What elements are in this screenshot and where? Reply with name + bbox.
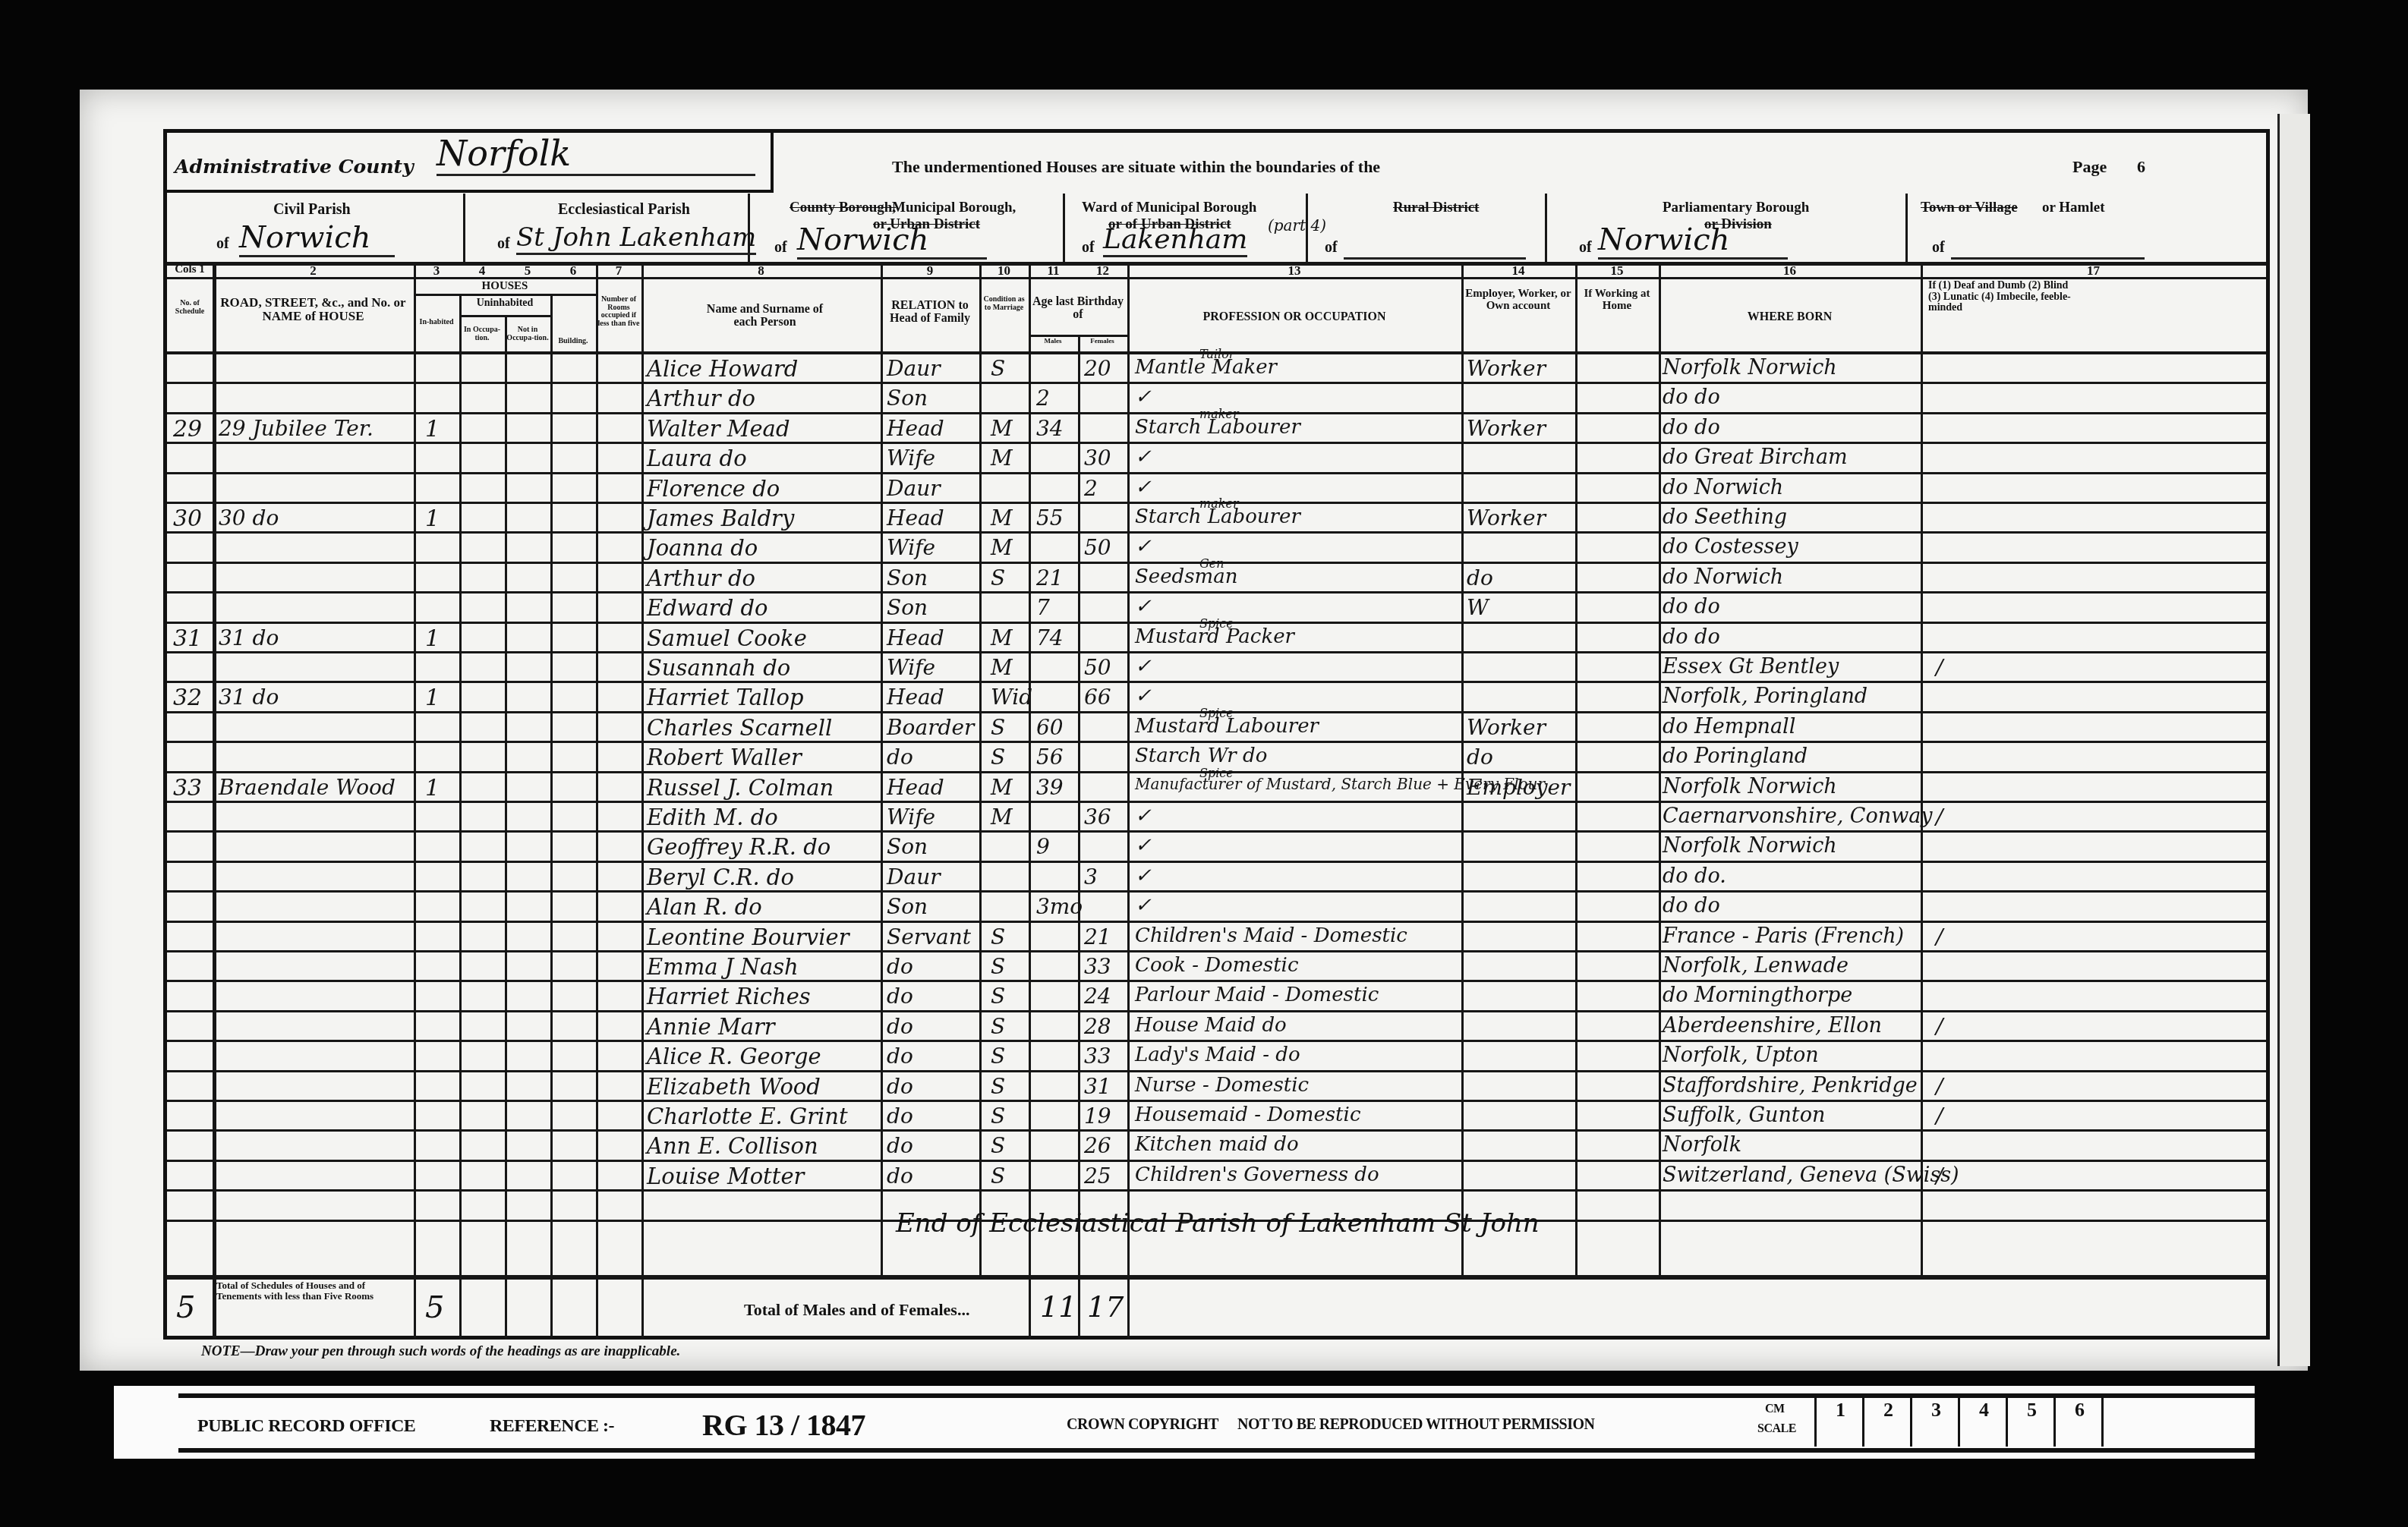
relation-to-head: Wife <box>887 655 935 680</box>
occupation: ✓ <box>1135 685 1152 707</box>
female-age: 30 <box>1084 446 1111 471</box>
female-age: 66 <box>1084 685 1111 710</box>
ecclesiastical-parish-prefix: of <box>497 235 510 253</box>
census-row: Emma J NashdoS33Cook - DomesticNorfolk, … <box>167 952 2266 982</box>
birthplace: Norfolk Norwich <box>1663 775 1837 798</box>
col-num-4: 4 <box>459 263 505 279</box>
census-row: Alice R. GeorgedoS33Lady's Maid - doNorf… <box>167 1042 2266 1072</box>
heading-houses: HOUSES <box>414 281 596 293</box>
female-age: 33 <box>1084 954 1111 979</box>
person-name: Charles Scarnell <box>647 715 832 741</box>
scale-mark: 5 <box>2006 1395 2056 1447</box>
marital-condition: S <box>991 1074 1005 1099</box>
relation-to-head: Wife <box>887 535 935 560</box>
rural-district-label: Rural District <box>1393 200 1479 216</box>
heading-males: Males <box>1030 338 1076 345</box>
marital-condition: M <box>991 446 1013 471</box>
ecclesiastical-parish-label: Ecclesiastical Parish <box>558 201 690 219</box>
male-age: 2 <box>1036 386 1050 411</box>
relation-to-head: do <box>887 1074 913 1099</box>
municipal-borough-label: Municipal Borough, <box>892 200 1016 216</box>
person-name: Arthur do <box>647 386 755 411</box>
census-row: Arthur doSonS21SeedsmanGendodo Norwich <box>167 564 2266 593</box>
marital-condition: S <box>991 984 1005 1009</box>
heading-building: Building. <box>552 338 594 346</box>
municipal-borough-prefix: of <box>774 239 787 257</box>
schedule-number: 29 <box>173 416 202 442</box>
scale-mark: 4 <box>1958 1395 2008 1447</box>
person-name: Susannah do <box>647 655 790 681</box>
marital-condition: S <box>991 954 1005 979</box>
male-age: 56 <box>1036 745 1064 770</box>
occupation-annotation: Spice <box>1199 616 1234 631</box>
birthplace: Switzerland, Geneva (Swiss) <box>1663 1163 1959 1187</box>
relation-to-head: Daur <box>887 476 941 501</box>
female-age: 50 <box>1084 535 1111 560</box>
infirmity-mark: / <box>1936 1163 1943 1189</box>
inhabited-count: 1 <box>425 625 440 652</box>
marital-condition: M <box>991 804 1013 830</box>
occupation-annotation: maker <box>1199 496 1239 511</box>
col-num-8: 8 <box>641 263 881 279</box>
infirmity-mark: / <box>1936 1074 1943 1099</box>
schedule-number: 33 <box>173 775 202 801</box>
col-num-14: 14 <box>1461 263 1575 279</box>
birthplace: Aberdeenshire, Ellon <box>1663 1014 1882 1037</box>
person-name: Elizabeth Wood <box>647 1074 821 1100</box>
inhabited-count: 1 <box>425 775 440 801</box>
heading-address: ROAD, STREET, &c., and No. or NAME of HO… <box>216 296 410 323</box>
relation-to-head: Servant <box>887 924 971 949</box>
civil-parish-label: Civil Parish <box>273 201 351 219</box>
person-name: Alice R. George <box>647 1044 821 1069</box>
scale-mark: 1 <box>1814 1395 1864 1447</box>
female-age: 3 <box>1084 864 1098 889</box>
houses-total: 5 <box>425 1290 444 1325</box>
inhabited-count: 1 <box>425 505 440 532</box>
relation-to-head: Wife <box>887 804 935 830</box>
birthplace: Essex Gt Bentley <box>1663 655 1839 678</box>
birthplace: do Seething <box>1663 505 1787 529</box>
birthplace: do do <box>1663 595 1720 619</box>
reference-label: REFERENCE :- <box>490 1416 614 1437</box>
relation-to-head: Son <box>887 894 928 919</box>
relation-to-head: Head <box>887 505 944 531</box>
female-age: 36 <box>1084 804 1111 830</box>
scale-mark: 6 <box>2053 1395 2104 1447</box>
relation-to-head: Head <box>887 685 944 710</box>
col-num-9: 9 <box>881 263 979 279</box>
persons-total-label: Total of Males and of Females... <box>744 1300 969 1320</box>
marital-condition: S <box>991 565 1005 590</box>
relation-to-head: do <box>887 1133 913 1158</box>
infirmity-mark: / <box>1936 1014 1943 1039</box>
birthplace: Norfolk, Upton <box>1663 1044 1819 1067</box>
employment-status: do <box>1467 565 1493 590</box>
female-age: 20 <box>1084 356 1111 381</box>
marital-condition: Wid <box>991 685 1032 710</box>
scale-mark: 3 <box>1910 1395 1960 1447</box>
house-address: 29 Jubilee Ter. <box>219 416 373 441</box>
relation-to-head: Son <box>887 565 928 590</box>
copyright-text: CROWN COPYRIGHT <box>1067 1416 1218 1434</box>
marital-condition: S <box>991 1104 1005 1129</box>
parliamentary-borough-label: Parliamentary Borough <box>1663 200 1809 216</box>
male-age: 34 <box>1036 416 1064 441</box>
end-of-parish-note: End of Ecclesiastical Parish of Lakenham… <box>896 1208 1540 1239</box>
male-age: 7 <box>1036 595 1050 620</box>
occupation: ✓ <box>1135 446 1152 468</box>
census-row: Susannah doWifeM50✓Essex Gt Bentley/ <box>167 653 2266 683</box>
hamlet-label: or Hamlet <box>2042 200 2105 216</box>
person-name: Leontine Bourvier <box>647 924 849 950</box>
birthplace: do do <box>1663 416 1720 439</box>
schedules-total-label: Total of Schedules of Houses and of Tene… <box>216 1280 406 1301</box>
person-name: Charlotte E. Grint <box>647 1104 848 1129</box>
person-name: Russel J. Colman <box>647 775 834 801</box>
marital-condition: M <box>991 416 1013 441</box>
marital-condition: S <box>991 924 1005 949</box>
female-age: 21 <box>1084 924 1111 949</box>
relation-to-head: do <box>887 1014 913 1039</box>
male-age: 74 <box>1036 625 1064 650</box>
marital-condition: S <box>991 1044 1005 1069</box>
occupation: ✓ <box>1135 655 1152 678</box>
occupation-annotation: Spice <box>1199 706 1234 720</box>
birthplace: Norfolk, Lenwade <box>1663 954 1849 978</box>
schedule-number: 31 <box>173 625 202 652</box>
birthplace: Caernarvonshire, Conway <box>1663 804 1933 828</box>
birthplace: Suffolk, Gunton <box>1663 1104 1825 1127</box>
heading-name: Name and Surname of each Person <box>698 304 831 329</box>
town-village-label: Town or Village <box>1921 200 2018 216</box>
civil-parish-value: Norwich <box>239 220 395 257</box>
male-age: 9 <box>1036 834 1050 859</box>
female-age: 19 <box>1084 1104 1111 1129</box>
birthplace: Norfolk Norwich <box>1663 834 1837 858</box>
person-name: Emma J Nash <box>647 954 799 980</box>
person-name: Louise Motter <box>647 1163 804 1189</box>
heading-where-born: WHERE BORN <box>1659 311 1921 324</box>
heading-inhabited: In-habited <box>415 319 458 327</box>
marital-condition: M <box>991 655 1013 680</box>
person-name: Walter Mead <box>647 416 790 442</box>
census-row: Alan R. doSon3mo✓do do <box>167 893 2266 922</box>
birthplace: do do <box>1663 894 1720 918</box>
occupation: ✓ <box>1135 804 1152 827</box>
record-office: PUBLIC RECORD OFFICE <box>197 1416 415 1437</box>
col-num-17: 17 <box>1921 263 2266 279</box>
person-name: Florence do <box>647 476 780 502</box>
census-row: Charlotte E. GrintdoS19Housemaid - Domes… <box>167 1102 2266 1132</box>
relation-to-head: Daur <box>887 864 941 889</box>
person-name: Alice Howard <box>647 356 798 382</box>
marital-condition: S <box>991 356 1005 381</box>
marital-condition: S <box>991 1014 1005 1039</box>
copyright-separator: · <box>1211 1416 1215 1434</box>
birthplace: Norfolk <box>1663 1133 1741 1157</box>
relation-to-head: Head <box>887 775 944 800</box>
person-name: James Baldry <box>647 505 794 531</box>
schedules-total: 5 <box>176 1290 195 1325</box>
relation-to-head: Head <box>887 416 944 441</box>
employment-status: Employer <box>1467 775 1571 800</box>
house-address: 31 do <box>219 685 279 710</box>
census-row: Elizabeth WooddoS31Nurse - DomesticStaff… <box>167 1072 2266 1102</box>
birthplace: do Costessey <box>1663 535 1798 559</box>
col-num-16: 16 <box>1659 263 1921 279</box>
col-num-6: 6 <box>550 263 596 279</box>
admin-county-label: Administrative County <box>175 156 414 178</box>
admin-county-box: Administrative County Norfolk <box>167 133 774 193</box>
person-name: Edith M. do <box>647 804 778 830</box>
occupation: Nurse - Domestic <box>1135 1074 1309 1097</box>
employment-status: Worker <box>1467 715 1546 740</box>
heading-not-in-occupation: Not in Occupa-tion. <box>506 326 549 342</box>
female-age: 50 <box>1084 655 1111 680</box>
person-name: Harriet Tallop <box>647 685 804 710</box>
marital-condition: M <box>991 625 1013 650</box>
census-row: Geoffrey R.R. doSon9✓Norfolk Norwich <box>167 833 2266 862</box>
heading-employer: Employer, Worker, or Own account <box>1465 288 1571 313</box>
census-row: Beryl C.R. doDaur3✓do do. <box>167 863 2266 893</box>
parliamentary-prefix: of <box>1579 239 1592 257</box>
rural-district-prefix: of <box>1325 239 1338 257</box>
person-name: Joanna do <box>647 535 758 561</box>
employment-status: do <box>1467 745 1493 770</box>
parliamentary-borough-value: Norwich <box>1598 222 1788 260</box>
ward-label: Ward of Municipal Borough <box>1082 200 1256 216</box>
birthplace: do do <box>1663 386 1720 409</box>
col-num-5: 5 <box>505 263 550 279</box>
birthplace: do Norwich <box>1663 476 1783 499</box>
heading-occupation: PROFESSION OR OCCUPATION <box>1127 311 1461 324</box>
male-age: 55 <box>1036 505 1064 531</box>
schedule-number: 30 <box>173 505 202 532</box>
relation-to-head: Son <box>887 834 928 859</box>
males-total: 11 <box>1040 1290 1076 1324</box>
female-age: 26 <box>1084 1133 1111 1158</box>
relation-to-head: do <box>887 1044 913 1069</box>
inhabited-count: 1 <box>425 685 440 711</box>
admin-county-value: Norfolk <box>437 133 755 176</box>
female-age: 24 <box>1084 984 1111 1009</box>
heading-age: Age last Birthday of <box>1032 296 1124 322</box>
relation-to-head: Wife <box>887 446 935 471</box>
employment-status: Worker <box>1467 416 1546 441</box>
heading-uninhabited: Uninhabited <box>459 298 550 310</box>
reproduction-notice: NOT TO BE REPRODUCED WITHOUT PERMISSION <box>1237 1416 1594 1434</box>
female-age: 28 <box>1084 1014 1111 1039</box>
heading-in-occupation: In Occupa-tion. <box>461 326 503 342</box>
person-name: Robert Waller <box>647 745 802 770</box>
infirmity-mark: / <box>1936 1104 1943 1129</box>
person-name: Samuel Cooke <box>647 625 807 651</box>
occupation: Children's Governess do <box>1135 1163 1379 1186</box>
col-num-13: 13 <box>1127 263 1461 279</box>
occupation: ✓ <box>1135 834 1152 857</box>
census-row: 33Braendale Wood1Russel J. ColmanHeadM39… <box>167 773 2266 803</box>
census-row: Harriet RichesdoS24Parlour Maid - Domest… <box>167 982 2266 1012</box>
census-row: 3030 do1James BaldryHeadM55Starch Labour… <box>167 504 2266 534</box>
heading-infirmity: If (1) Deaf and Dumb (2) Blind (3) Lunat… <box>1928 281 2080 314</box>
relation-to-head: Head <box>887 625 944 650</box>
birthplace: Norfolk Norwich <box>1663 356 1837 379</box>
ward-note: (part 4) <box>1268 216 1326 235</box>
house-address: 30 do <box>219 505 279 531</box>
house-address: Braendale Wood <box>219 775 396 800</box>
census-row: Laura doWifeM30✓do Great Bircham <box>167 444 2266 474</box>
female-age: 33 <box>1084 1044 1111 1069</box>
occupation: ✓ <box>1135 595 1152 618</box>
col-num-3: 3 <box>414 263 459 279</box>
census-row: Leontine BourvierServantS21Children's Ma… <box>167 923 2266 952</box>
occupation: ✓ <box>1135 864 1152 887</box>
male-age: 60 <box>1036 715 1064 740</box>
census-row: 2929 Jubilee Ter.1Walter MeadHeadM34Star… <box>167 414 2266 444</box>
person-name: Laura do <box>647 446 747 471</box>
marital-condition: S <box>991 1163 1005 1189</box>
infirmity-mark: / <box>1936 804 1943 830</box>
employment-status: Worker <box>1467 356 1546 381</box>
civil-parish-prefix: of <box>216 235 229 253</box>
female-age: 31 <box>1084 1074 1111 1099</box>
col-num-12: 12 <box>1078 263 1127 279</box>
male-age: 39 <box>1036 775 1064 800</box>
census-row: Charles ScarnellBoarderS60Mustard Labour… <box>167 713 2266 743</box>
relation-to-head: do <box>887 954 913 979</box>
birthplace: do Norwich <box>1663 565 1783 589</box>
infirmity-mark: / <box>1936 924 1943 949</box>
occupation-annotation: maker <box>1199 407 1239 421</box>
scale-label-scale: SCALE <box>1757 1422 1796 1436</box>
scale-mark: 2 <box>1862 1395 1912 1447</box>
relation-to-head: Son <box>887 595 928 620</box>
birthplace: Staffordshire, Penkridge <box>1663 1074 1918 1097</box>
person-name: Harriet Riches <box>647 984 811 1009</box>
marital-condition: M <box>991 505 1013 531</box>
birthplace: do do <box>1663 625 1720 649</box>
page-label: Page <box>2072 157 2107 177</box>
occupation: Kitchen maid do <box>1135 1133 1299 1156</box>
census-row: 3131 do1Samuel CookeHeadM74Mustard Packe… <box>167 624 2266 653</box>
schedule-number: 32 <box>173 685 202 711</box>
census-row: Edith M. doWifeM36✓Caernarvonshire, Conw… <box>167 803 2266 833</box>
occupation: Starch Wr do <box>1135 745 1267 767</box>
occupation: ✓ <box>1135 386 1152 408</box>
relation-to-head: Son <box>887 386 928 411</box>
occupation-annotation: Spice <box>1199 766 1234 780</box>
person-name: Annie Marr <box>647 1014 775 1040</box>
scale-mark-end <box>2101 1395 2151 1447</box>
page-edge <box>2277 114 2310 1366</box>
house-address: 31 do <box>219 625 279 650</box>
relation-to-head: do <box>887 1104 913 1129</box>
female-age: 25 <box>1084 1163 1111 1189</box>
employment-status: Worker <box>1467 505 1546 531</box>
female-age: 2 <box>1084 476 1098 501</box>
ward-prefix: of <box>1082 239 1095 257</box>
census-row: Alice HowardDaurS20Mantle MakerTailorWor… <box>167 354 2266 384</box>
birthplace: do Hempnall <box>1663 715 1795 738</box>
col-num-1: Cols 1 <box>167 263 213 276</box>
heading-condition: Condition as to Marriage <box>983 296 1025 312</box>
occupation: Housemaid - Domestic <box>1135 1104 1360 1126</box>
col-num-2: 2 <box>213 263 414 279</box>
person-name: Edward do <box>647 595 768 621</box>
col-num-7: 7 <box>596 263 641 279</box>
inhabited-count: 1 <box>425 416 440 442</box>
occupation: Lady's Maid - do <box>1135 1044 1300 1066</box>
person-name: Ann E. Collison <box>647 1133 818 1159</box>
municipal-borough-value: Norwich <box>797 222 987 260</box>
county-borough-label: County Borough, <box>790 200 896 216</box>
reference-number: RG 13 / 1847 <box>702 1407 865 1443</box>
relation-to-head: do <box>887 984 913 1009</box>
footnote: NOTE—Draw your pen through such words of… <box>201 1343 680 1360</box>
relation-to-head: Boarder <box>887 715 974 740</box>
occupation: ✓ <box>1135 535 1152 558</box>
birthplace: do Poringland <box>1663 745 1808 768</box>
person-name: Beryl C.R. do <box>647 864 794 890</box>
census-row: Ann E. CollisondoS26Kitchen maid doNorfo… <box>167 1132 2266 1161</box>
relation-to-head: do <box>887 745 913 770</box>
male-age: 21 <box>1036 565 1064 590</box>
infirmity-mark: / <box>1936 655 1943 680</box>
occupation: Cook - Domestic <box>1135 954 1298 977</box>
marital-condition: M <box>991 775 1013 800</box>
col-num-11: 11 <box>1029 263 1078 279</box>
scale-label-cm: CM <box>1765 1403 1785 1416</box>
male-age: 3mo <box>1036 894 1083 919</box>
marital-condition: S <box>991 745 1005 770</box>
birthplace: do Morningthorpe <box>1663 984 1852 1007</box>
rural-district-value <box>1344 239 1526 260</box>
page-number: 6 <box>2137 157 2145 177</box>
reference-strip: PUBLIC RECORD OFFICE REFERENCE :- RG 13 … <box>114 1386 2255 1459</box>
header-statement: The undermentioned Houses are situate wi… <box>892 157 1380 177</box>
birthplace: do do. <box>1663 864 1726 888</box>
marital-condition: S <box>991 715 1005 740</box>
relation-to-head: Daur <box>887 356 941 381</box>
heading-rooms: Number of Rooms occupied if less than fi… <box>597 296 640 328</box>
person-name: Geoffrey R.R. do <box>647 834 831 860</box>
occupation: Children's Maid - Domestic <box>1135 924 1407 947</box>
occupation: Parlour Maid - Domestic <box>1135 984 1379 1006</box>
relation-to-head: do <box>887 1163 913 1189</box>
ecclesiastical-parish-value: St John Lakenham <box>516 222 756 255</box>
occupation: ✓ <box>1135 894 1152 917</box>
census-row: Louise MotterdoS25Children's Governess d… <box>167 1162 2266 1192</box>
heading-females: Females <box>1080 338 1125 345</box>
census-row: Annie MarrdoS28House Maid doAberdeenshir… <box>167 1012 2266 1042</box>
town-village-prefix: of <box>1932 239 1945 257</box>
occupation: House Maid do <box>1135 1014 1287 1037</box>
town-village-value <box>1951 239 2145 260</box>
ward-value: Lakenham <box>1103 224 1247 257</box>
marital-condition: S <box>991 1133 1005 1158</box>
birthplace: do Great Bircham <box>1663 446 1848 469</box>
col-num-10: 10 <box>979 263 1029 279</box>
females-total: 17 <box>1087 1290 1124 1324</box>
census-entries: Alice HowardDaurS20Mantle MakerTailorWor… <box>167 354 2266 1284</box>
heading-relation: RELATION to Head of Family <box>884 300 975 326</box>
census-form: Administrative County Norfolk The underm… <box>163 129 2270 1340</box>
birthplace: Norfolk, Poringland <box>1663 685 1867 708</box>
col-num-15: 15 <box>1575 263 1659 279</box>
birthplace: France - Paris (French) <box>1663 924 1904 948</box>
occupation: ✓ <box>1135 476 1152 499</box>
